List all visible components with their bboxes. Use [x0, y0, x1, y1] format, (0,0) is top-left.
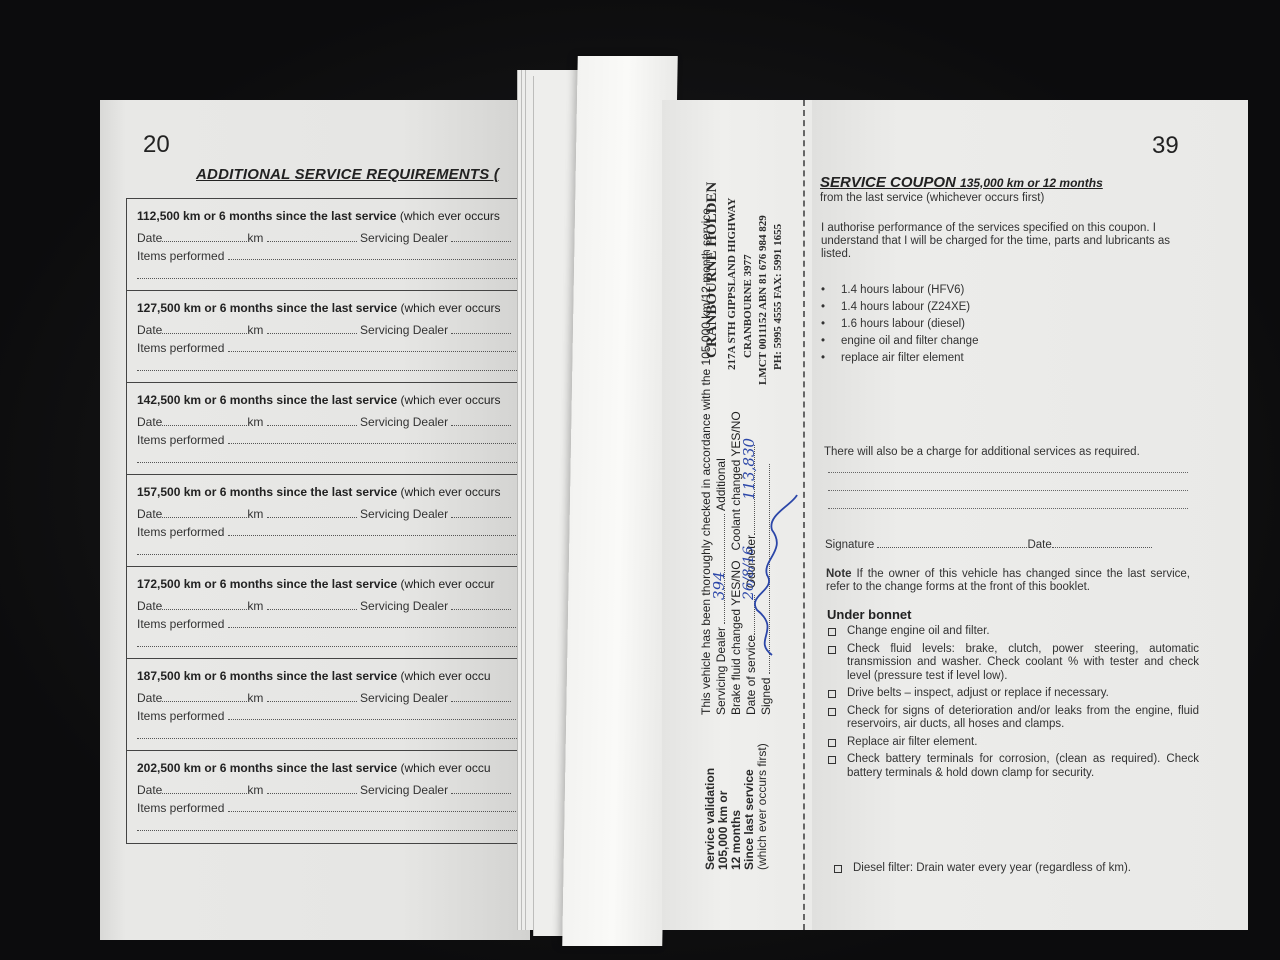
- service-row: 202,500 km or 6 months since the last se…: [127, 751, 531, 843]
- service-interval: 172,500 km or 6 months since the last se…: [137, 577, 531, 591]
- dealer-stamp-suburb: CRANBOURNE 3977: [742, 254, 754, 358]
- service-date-km-dealer[interactable]: Datekm Servicing Dealer: [137, 783, 531, 797]
- labour-item: 1.4 hours labour (HFV6): [821, 282, 978, 299]
- owner-change-note: Note If the owner of this vehicle has ch…: [826, 568, 1190, 594]
- service-interval: 127,500 km or 6 months since the last se…: [137, 301, 531, 315]
- additional-charge-text: There will also be a charge for addition…: [824, 446, 1140, 458]
- items-performed-field[interactable]: Items performed: [137, 433, 531, 447]
- signature-date-field[interactable]: Signature Date: [825, 538, 1152, 551]
- items-performed-line[interactable]: [137, 829, 517, 831]
- labour-item: engine oil and filter change: [821, 333, 978, 350]
- labour-item: 1.6 hours labour (diesel): [821, 316, 978, 333]
- handwritten-signature: [742, 490, 802, 660]
- service-date-km-dealer[interactable]: Datekm Servicing Dealer: [137, 691, 531, 705]
- service-date-km-dealer[interactable]: Datekm Servicing Dealer: [137, 507, 531, 521]
- handwritten-dealer-number: 394: [710, 571, 728, 600]
- service-date-km-dealer[interactable]: Datekm Servicing Dealer: [137, 231, 531, 245]
- service-requirements-table: 112,500 km or 6 months since the last se…: [126, 198, 531, 844]
- under-bonnet-checklist: Change engine oil and filter.Check fluid…: [827, 625, 1199, 784]
- items-performed-line[interactable]: [137, 369, 517, 371]
- items-performed-line[interactable]: [137, 277, 517, 279]
- dealer-stamp-address: 217A STH GIPPSLAND HIGHWAY: [726, 198, 738, 370]
- service-interval: 157,500 km or 6 months since the last se…: [137, 485, 531, 499]
- validation-title: Service validation 105,000 km or 12 mont…: [704, 743, 769, 870]
- labour-list: 1.4 hours labour (HFV6)1.4 hours labour …: [821, 282, 978, 367]
- coupon-title: SERVICE COUPON 135,000 km or 12 months: [820, 174, 1103, 191]
- page-number-left: 20: [143, 131, 170, 159]
- checklist-item[interactable]: Check battery terminals for corrosion, (…: [827, 753, 1199, 780]
- labour-item: 1.4 hours labour (Z24XE): [821, 299, 978, 316]
- service-date-km-dealer[interactable]: Datekm Servicing Dealer: [137, 415, 531, 429]
- checklist-item[interactable]: Check fluid levels: brake, clutch, power…: [827, 643, 1199, 684]
- authorisation-text: I authorise performance of the services …: [821, 222, 1196, 261]
- items-performed-field[interactable]: Items performed: [137, 617, 531, 631]
- service-interval: 187,500 km or 6 months since the last se…: [137, 669, 531, 683]
- right-page: 39 SERVICE COUPON 135,000 km or 12 month…: [812, 100, 1248, 930]
- under-bonnet-heading: Under bonnet: [827, 607, 912, 622]
- service-row: 142,500 km or 6 months since the last se…: [127, 383, 531, 475]
- service-row: 127,500 km or 6 months since the last se…: [127, 291, 531, 383]
- additional-line-2[interactable]: [828, 490, 1188, 491]
- turning-page[interactable]: [562, 56, 678, 946]
- items-performed-field[interactable]: Items performed: [137, 801, 531, 815]
- additional-line-3[interactable]: [828, 508, 1188, 509]
- diesel-filter-item[interactable]: Diesel filter: Drain water every year (r…: [834, 862, 1131, 874]
- service-interval: 202,500 km or 6 months since the last se…: [137, 761, 531, 775]
- items-performed-line[interactable]: [137, 737, 517, 739]
- service-date-km-dealer[interactable]: Datekm Servicing Dealer: [137, 599, 531, 613]
- dealer-stamp-licence: LMCT 0011152 ABN 81 676 984 829: [757, 215, 769, 385]
- service-row: 172,500 km or 6 months since the last se…: [127, 567, 531, 659]
- checklist-item[interactable]: Change engine oil and filter.: [827, 625, 1199, 639]
- service-interval: 112,500 km or 6 months since the last se…: [137, 209, 531, 223]
- labour-item: replace air filter element: [821, 350, 978, 367]
- left-page: 20 ADDITIONAL SERVICE REQUIREMENTS ( 112…: [100, 100, 530, 940]
- checklist-item[interactable]: Drive belts – inspect, adjust or replace…: [827, 687, 1199, 701]
- perforation-line: [803, 100, 805, 930]
- checklist-item[interactable]: Replace air filter element.: [827, 736, 1199, 750]
- service-interval: 142,500 km or 6 months since the last se…: [137, 393, 531, 407]
- items-performed-field[interactable]: Items performed: [137, 525, 531, 539]
- items-performed-line[interactable]: [137, 553, 517, 555]
- service-validation-coupon: Service validation 105,000 km or 12 mont…: [662, 100, 812, 930]
- service-row: 187,500 km or 6 months since the last se…: [127, 659, 531, 751]
- left-page-title: ADDITIONAL SERVICE REQUIREMENTS (: [196, 166, 499, 183]
- dealer-stamp-name: CRANBOURNE HOLDEN: [704, 182, 721, 358]
- items-performed-field[interactable]: Items performed: [137, 709, 531, 723]
- items-performed-line[interactable]: [137, 461, 517, 463]
- additional-line-1[interactable]: [828, 472, 1188, 473]
- page-number-right: 39: [1152, 132, 1179, 160]
- items-performed-field[interactable]: Items performed: [137, 249, 531, 263]
- coupon-subtitle: from the last service (whichever occurs …: [820, 192, 1044, 204]
- service-row: 112,500 km or 6 months since the last se…: [127, 199, 531, 291]
- items-performed-line[interactable]: [137, 645, 517, 647]
- checklist-item[interactable]: Check for signs of deterioration and/or …: [827, 705, 1199, 732]
- dealer-stamp-phone: PH: 5995 4555 FAX: 5991 1655: [772, 224, 784, 370]
- items-performed-field[interactable]: Items performed: [137, 341, 531, 355]
- service-date-km-dealer[interactable]: Datekm Servicing Dealer: [137, 323, 531, 337]
- service-row: 157,500 km or 6 months since the last se…: [127, 475, 531, 567]
